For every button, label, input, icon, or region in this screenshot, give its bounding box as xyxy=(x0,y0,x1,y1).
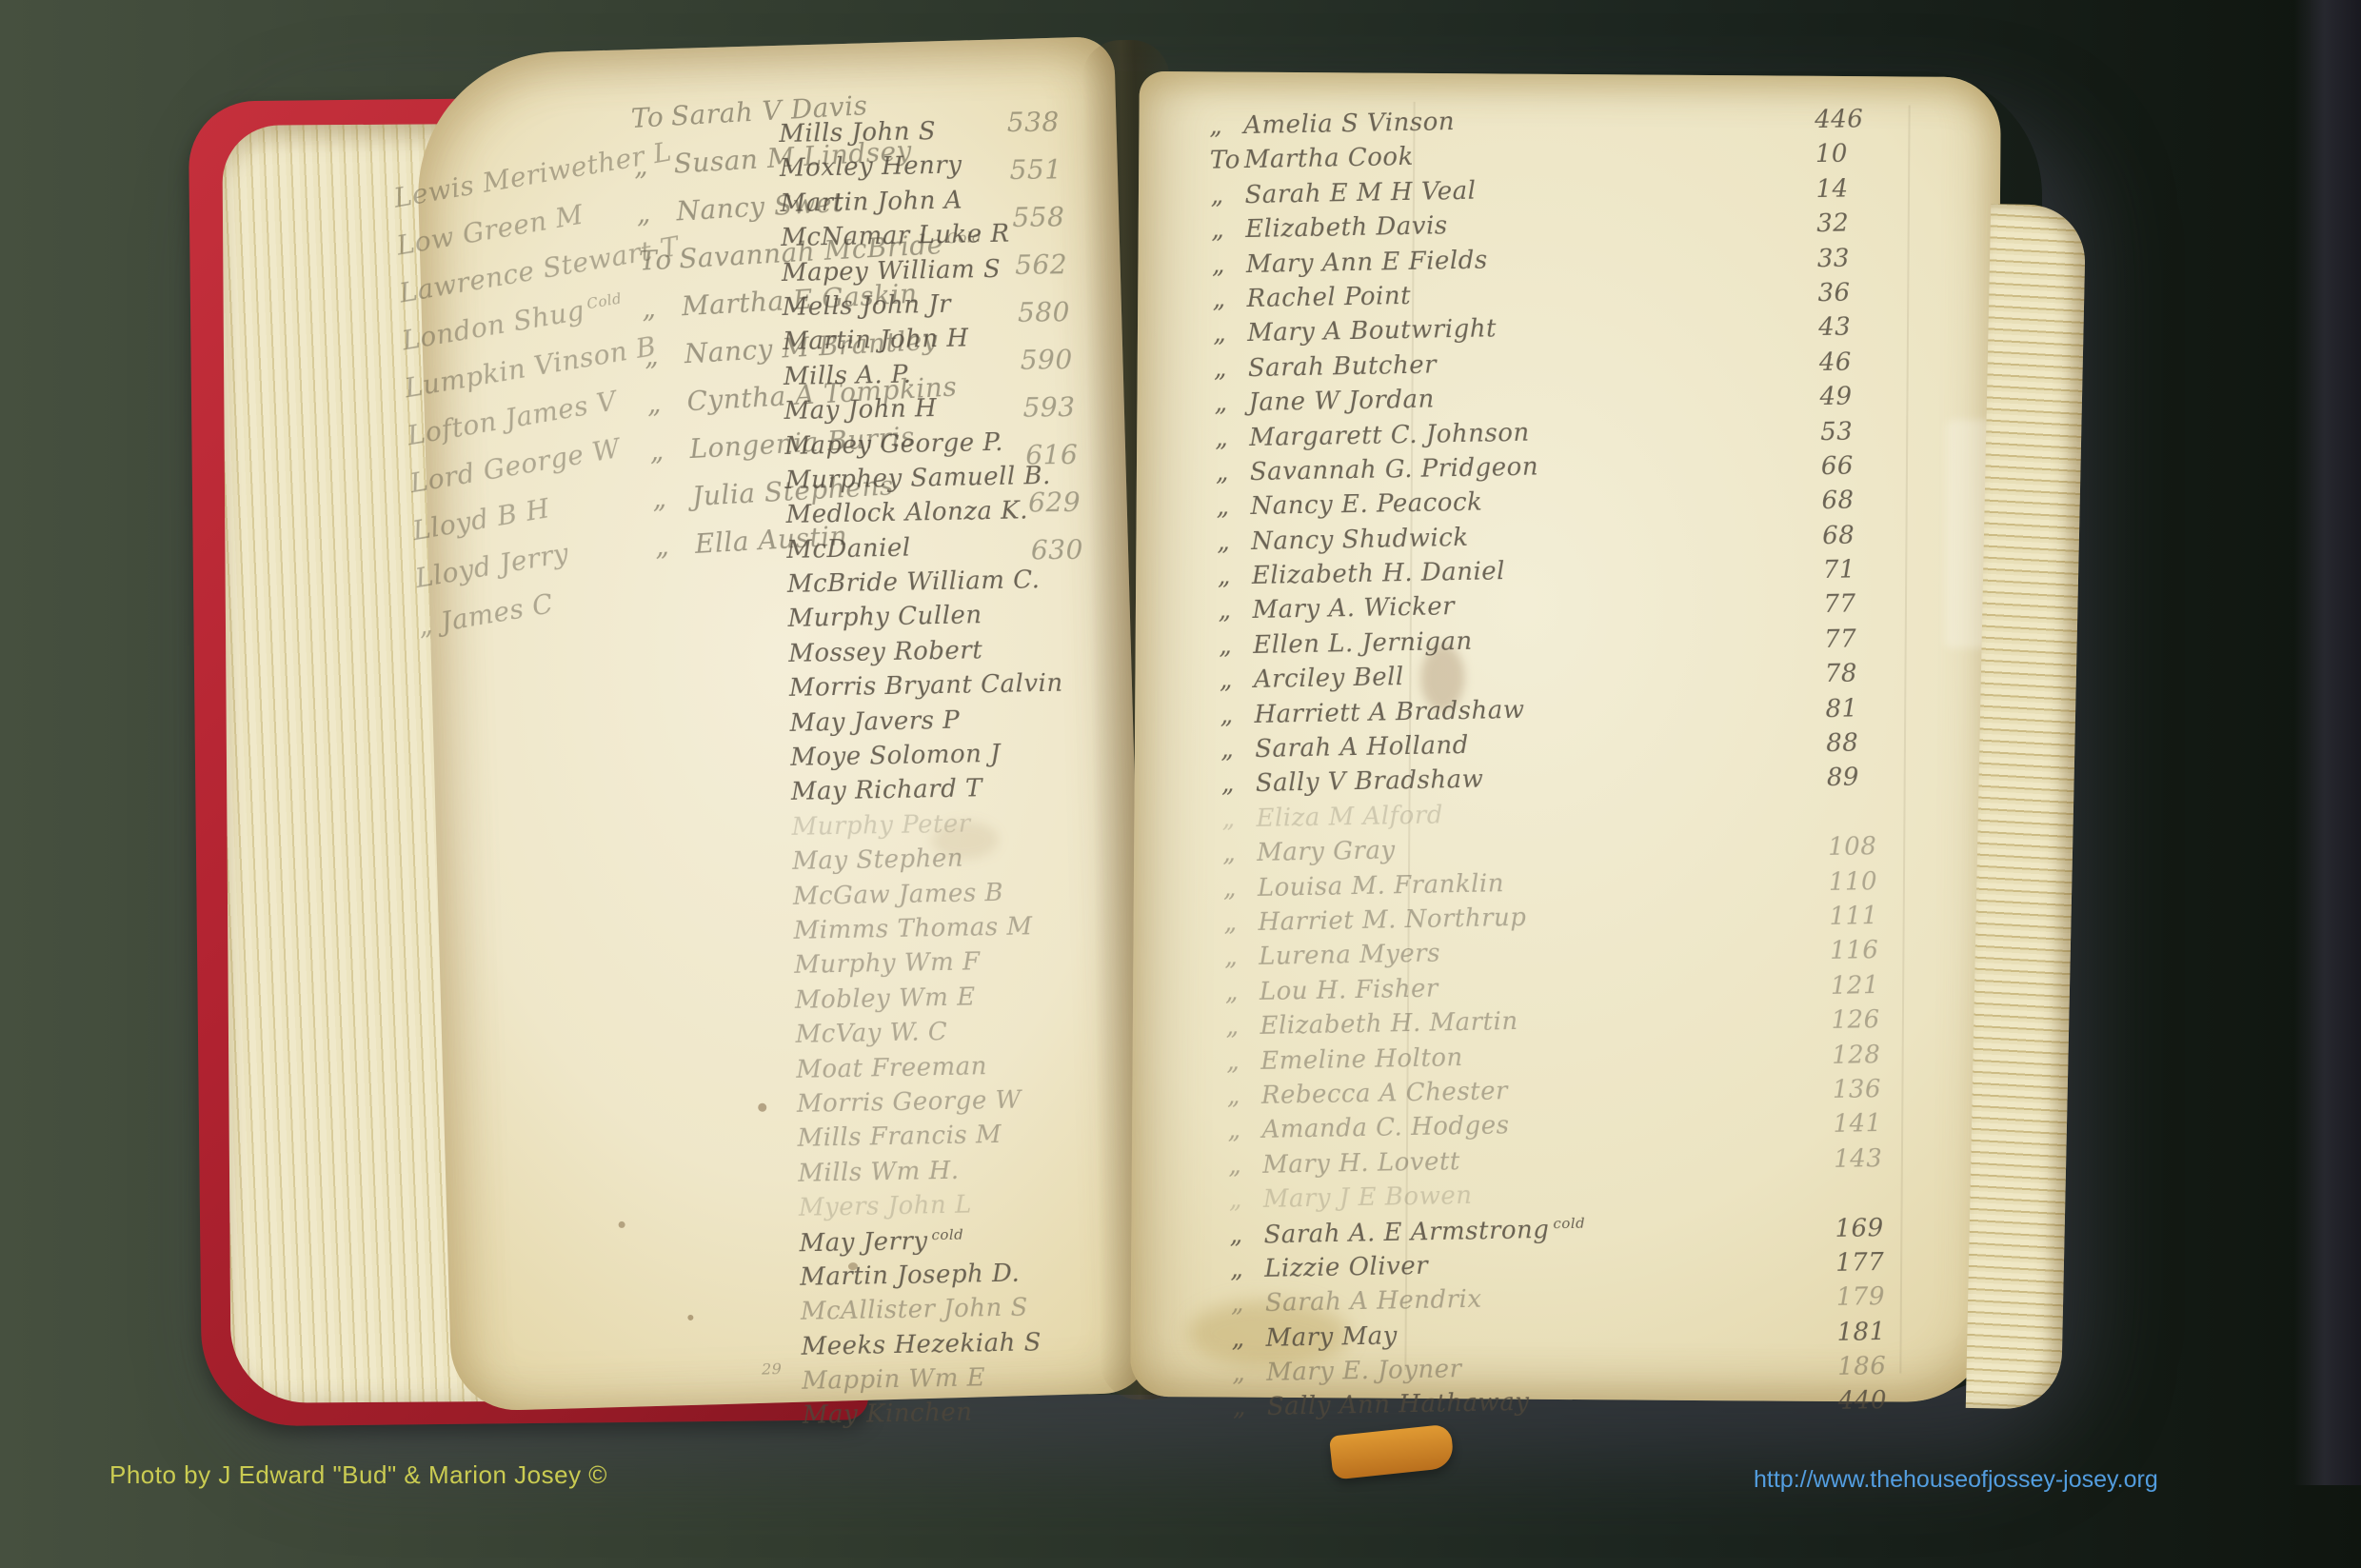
ditto-mark: „ xyxy=(1225,1012,1260,1042)
page-number: 32 xyxy=(1816,208,1903,239)
page-number: 89 xyxy=(1827,763,1914,793)
page-number: 186 xyxy=(1837,1351,1924,1381)
ditto-mark: „ xyxy=(1229,1185,1264,1215)
ditto-mark: „ xyxy=(633,149,675,182)
ditto-mark: To xyxy=(630,101,672,134)
ditto-mark: „ xyxy=(1227,1082,1262,1111)
ditto-mark: „ xyxy=(1224,943,1260,972)
page-number: 46 xyxy=(1819,347,1906,377)
ditto-mark: „ xyxy=(1225,978,1260,1007)
page-number: 14 xyxy=(1815,173,1902,204)
page-number: 77 xyxy=(1823,589,1910,620)
ditto-mark: „ xyxy=(1212,285,1247,314)
ditto-mark: „ xyxy=(644,338,685,371)
page-number: 177 xyxy=(1835,1247,1922,1278)
ditto-mark: „ xyxy=(1222,839,1258,868)
ditto-mark: „ xyxy=(1220,665,1255,695)
page-number: 116 xyxy=(1830,936,1916,966)
page-number: 440 xyxy=(1838,1386,1925,1417)
ditto-mark: „ xyxy=(651,481,693,514)
page-number: 126 xyxy=(1831,1004,1917,1035)
photo-credit-watermark: Photo by J Edward "Bud" & Marion Josey © xyxy=(109,1460,607,1490)
ditto-mark: „ xyxy=(1229,1220,1264,1249)
page-number: 81 xyxy=(1825,693,1912,724)
ditto-mark: „ xyxy=(1210,181,1245,210)
ditto-mark: „ xyxy=(1213,319,1248,348)
cold-annotation: Cold xyxy=(585,289,623,312)
ditto-mark: „ xyxy=(1219,631,1254,661)
margin-note: 29 xyxy=(762,1360,783,1378)
ditto-mark: „ xyxy=(1214,354,1249,384)
page-number: 110 xyxy=(1829,866,1915,897)
ditto-mark: „ xyxy=(1216,492,1251,522)
page-number: 181 xyxy=(1836,1317,1923,1347)
ditto-mark: „ xyxy=(1230,1255,1265,1284)
page-number: 88 xyxy=(1826,727,1913,758)
page-number: 121 xyxy=(1831,970,1917,1001)
cold-annotation: cold xyxy=(1553,1214,1585,1232)
page-number: 136 xyxy=(1833,1074,1919,1104)
ditto-mark: „ xyxy=(1231,1324,1266,1354)
page-number: 179 xyxy=(1836,1281,1923,1312)
ditto-mark: „ xyxy=(1233,1393,1268,1422)
ditto-mark: „ xyxy=(1221,804,1257,834)
page-number: 77 xyxy=(1824,624,1911,654)
page-number: 169 xyxy=(1835,1213,1921,1243)
ditto-mark: „ xyxy=(1228,1151,1263,1181)
ditto-mark: „ xyxy=(646,386,688,419)
page-number: 43 xyxy=(1818,312,1905,343)
page-number: 141 xyxy=(1833,1109,1919,1140)
right-page-rows: Mills John S„Amelia S Vinson446Moxley He… xyxy=(779,99,1959,1437)
photo-scene: Lewis Meriwether LToSarah V Davis538Low … xyxy=(0,0,2361,1568)
ditto-mark: „ xyxy=(1218,596,1253,625)
table-edge-right xyxy=(2294,0,2361,1485)
page-number: 68 xyxy=(1822,520,1909,550)
page-number: 66 xyxy=(1821,450,1908,481)
ditto-mark: „ xyxy=(1211,215,1246,245)
page-stain xyxy=(687,1315,693,1320)
ditto-mark: „ xyxy=(641,290,683,324)
page-number: 49 xyxy=(1819,381,1906,411)
page-stain xyxy=(619,1221,625,1228)
ditto-mark: „ xyxy=(1214,388,1249,418)
page-number: 71 xyxy=(1823,554,1910,585)
ditto-mark: „ xyxy=(1212,250,1247,280)
ditto-mark: „ xyxy=(1217,527,1252,557)
ditto-mark: „ xyxy=(654,528,696,562)
website-watermark: http://www.thehouseofjossey-josey.org xyxy=(1754,1466,2158,1494)
ditto-mark: To xyxy=(638,243,680,276)
page-number: 10 xyxy=(1815,139,1902,169)
page-number: 78 xyxy=(1825,659,1912,689)
ditto-mark: „ xyxy=(1220,735,1256,764)
ditto-mark: „ xyxy=(1218,562,1253,591)
ditto-mark: „ xyxy=(1231,1289,1266,1319)
page-number: 68 xyxy=(1821,486,1908,516)
ditto-mark: „ xyxy=(1221,769,1257,799)
ditto-mark: „ xyxy=(636,195,678,228)
page-number: 53 xyxy=(1820,416,1907,447)
ditto-mark: „ xyxy=(1220,701,1255,730)
ditto-mark: „ xyxy=(1232,1359,1267,1388)
ditto-mark: „ xyxy=(1223,874,1259,903)
page-number: 128 xyxy=(1832,1040,1918,1070)
page-number: 36 xyxy=(1817,277,1904,308)
page-number: 446 xyxy=(1815,104,1901,134)
ditto-mark: „ xyxy=(1223,908,1259,938)
page-number xyxy=(1827,797,1913,799)
page-number xyxy=(1835,1178,1920,1180)
page-number: 33 xyxy=(1817,243,1904,273)
page-stain xyxy=(758,1103,766,1112)
ditto-mark: „ xyxy=(1209,111,1244,141)
ditto-mark: „ xyxy=(649,433,691,466)
ditto-mark: „ xyxy=(1216,458,1251,487)
page-number: 108 xyxy=(1828,831,1915,862)
page-number: 111 xyxy=(1829,901,1915,931)
ditto-mark: „ xyxy=(1215,424,1250,453)
page-number: 143 xyxy=(1834,1143,1920,1174)
cold-annotation: cold xyxy=(931,1225,963,1243)
ditto-mark: To xyxy=(1210,146,1245,175)
ditto-mark: „ xyxy=(1227,1116,1262,1145)
ditto-mark: „ xyxy=(1226,1046,1261,1076)
